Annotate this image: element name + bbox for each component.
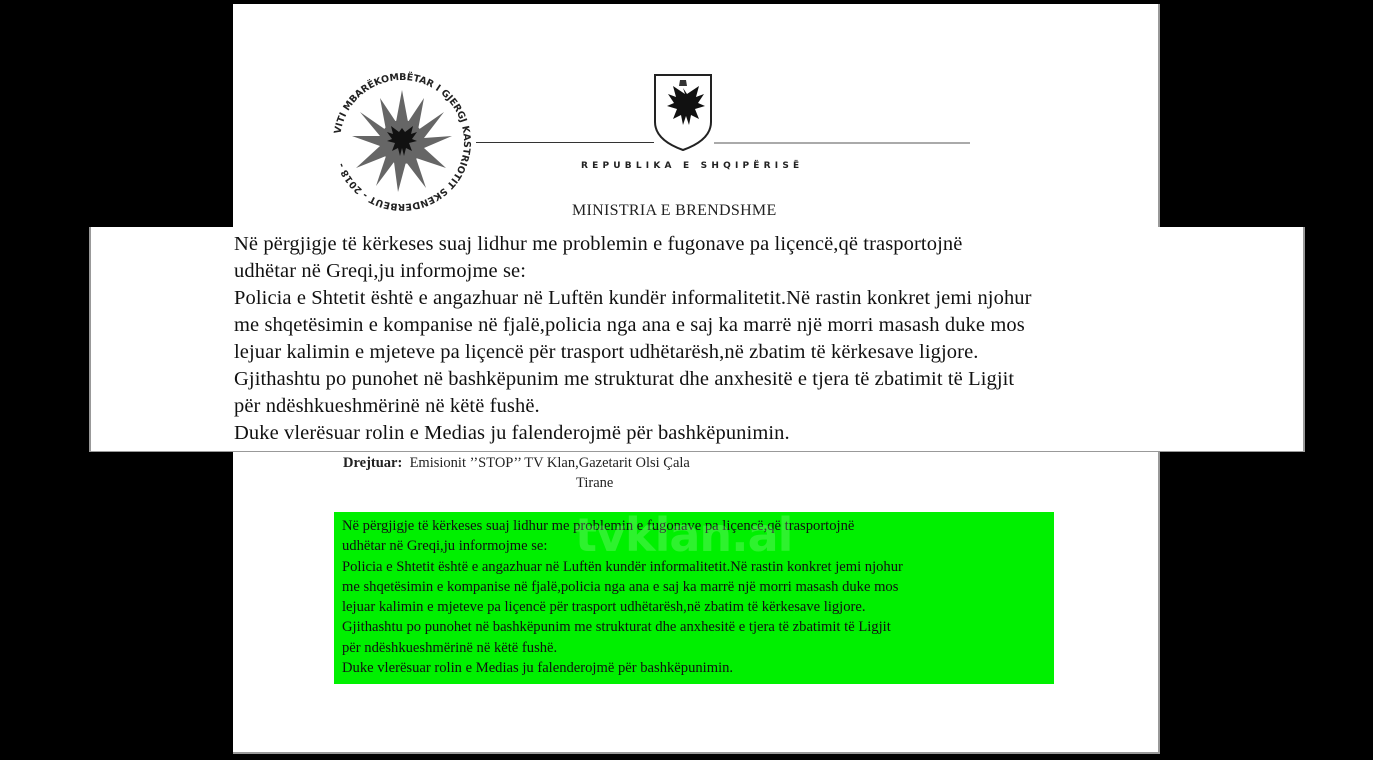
header-rule-left [476, 142, 654, 143]
header-rule-right [714, 142, 970, 144]
addressee-city: Tirane [576, 475, 613, 492]
addressee-label: Drejtuar: [343, 455, 402, 471]
coat-of-arms-icon [652, 72, 714, 152]
letter-line: lejuar kalimin e mjeteve pa liçencë për … [342, 597, 903, 617]
letter-line: për ndëshkueshmërinë në këtë fushë. [234, 393, 1294, 420]
letter-line: Në përgjigje të kërkeses suaj lidhur me … [234, 231, 1294, 258]
letter-line: për ndëshkueshmërinë në këtë fushë. [342, 638, 903, 658]
addressee-line: Drejtuar: Emisionit ’’STOP’’ TV Klan,Gaz… [343, 455, 690, 472]
letter-line: Gjithashtu po punohet në bashkëpunim me … [234, 366, 1294, 393]
anniversary-seal-icon: VITI MBARËKOMBËTAR I GJERGJ KASTRIOTIT S… [327, 70, 477, 215]
zoomed-letter-body: Në përgjigje të kërkeses suaj lidhur me … [234, 231, 1294, 447]
ministry-name: MINISTRIA E BRENDSHME [572, 202, 777, 220]
letter-line: me shqetësimin e kompanise në fjalë,poli… [342, 577, 903, 597]
letter-line: udhëtar në Greqi,ju informojme se: [234, 258, 1294, 285]
letter-line: me shqetësimin e kompanise në fjalë,poli… [234, 312, 1294, 339]
letter-line: Duke vlerësuar rolin e Medias ju falende… [342, 658, 903, 678]
letter-line: Policia e Shtetit është e angazhuar në L… [234, 285, 1294, 312]
letter-line: lejuar kalimin e mjeteve pa liçencë për … [234, 339, 1294, 366]
letter-line: Duke vlerësuar rolin e Medias ju falende… [234, 420, 1294, 447]
zoomed-letter-panel: Në përgjigje të kërkeses suaj lidhur me … [89, 227, 1305, 452]
letter-line: Gjithashtu po punohet në bashkëpunim me … [342, 617, 903, 637]
channel-watermark: tvklan.al [575, 508, 792, 562]
country-name: REPUBLIKA E SHQIPËRISË [581, 161, 803, 171]
addressee-recipient: Emisionit ’’STOP’’ TV Klan,Gazetarit Ols… [410, 455, 690, 471]
